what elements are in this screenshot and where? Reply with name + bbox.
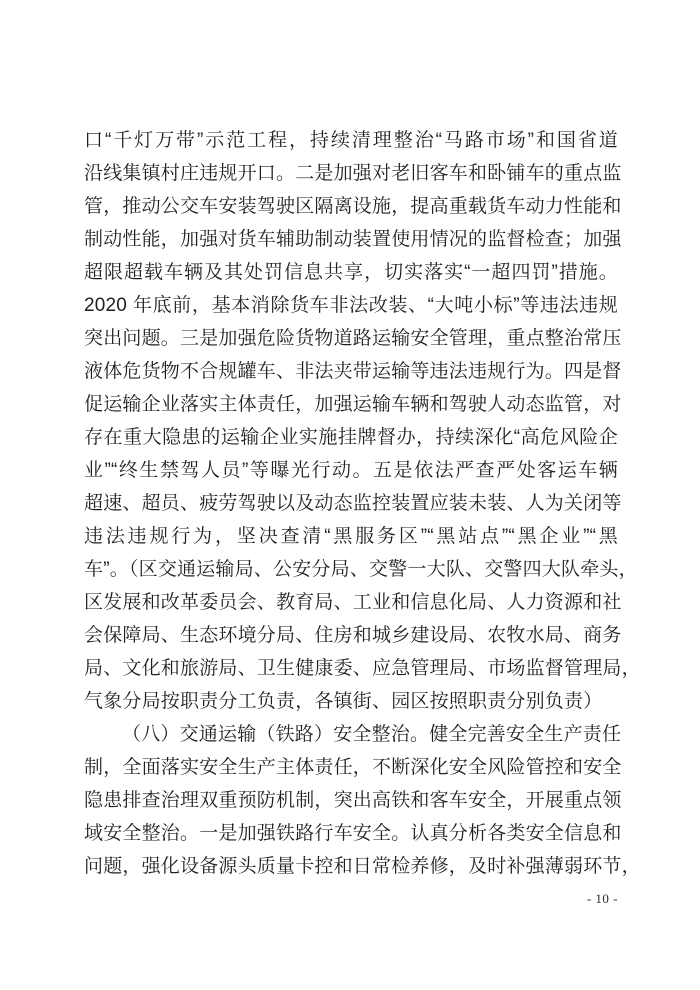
text-block: 口“千灯万带”示范工程，持续清理整治“马路市场”和国省道 沿线集镇村庄违规开口。… [84,124,618,883]
text-line: 业”“终生禁驾人员”等曝光行动。五是依法严查严处客运车辆 [84,454,618,487]
text-line: 促运输企业落实主体责任，加强运输车辆和驾驶人动态监管，对 [84,388,618,421]
text-line: 沿线集镇村庄违规开口。二是加强对老旧客车和卧铺车的重点监 [84,157,618,190]
text-line: 车”。（区交通运输局、公安分局、交警一大队、交警四大队牵头， [84,553,618,586]
text-line: 突出问题。三是加强危险货物道路运输安全管理，重点整治常压 [84,322,618,355]
text-line: 区发展和改革委员会、教育局、工业和信息化局、人力资源和社 [84,586,618,619]
text-line: （八）交通运输（铁路）安全整治。健全完善安全生产责任 [84,718,618,751]
text-line: 超限超载车辆及其处罚信息共享，切实落实“一超四罚”措施。 [84,256,618,289]
document-page: 口“千灯万带”示范工程，持续清理整治“马路市场”和国省道 沿线集镇村庄违规开口。… [0,0,700,990]
text-line: 2020 年底前，基本消除货车非法改装、“大吨小标”等违法违规 [84,289,618,322]
text-line: 制动性能，加强对货车辅助制动装置使用情况的监督检查；加强 [84,223,618,256]
text-line: 制，全面落实安全生产主体责任，不断深化安全风险管控和安全 [84,751,618,784]
text-line: 管，推动公交车安装驾驶区隔离设施，提高重载货车动力性能和 [84,190,618,223]
text-line: 口“千灯万带”示范工程，持续清理整治“马路市场”和国省道 [84,124,618,157]
text-line: 问题，强化设备源头质量卡控和日常检养修，及时补强薄弱环节， [84,850,618,883]
page-number: - 10 - [587,891,618,907]
text-line: 违法违规行为，坚决查清“黑服务区”“黑站点”“黑企业”“黑 [84,520,618,553]
text-line: 隐患排查治理双重预防机制，突出高铁和客车安全，开展重点领 [84,784,618,817]
text-line: 气象分局按职责分工负责，各镇街、园区按照职责分别负责） [84,685,618,718]
text-line: 液体危货物不合规罐车、非法夹带运输等违法违规行为。四是督 [84,355,618,388]
text-line: 存在重大隐患的运输企业实施挂牌督办，持续深化“高危风险企 [84,421,618,454]
text-line: 域安全整治。一是加强铁路行车安全。认真分析各类安全信息和 [84,817,618,850]
text-line: 局、文化和旅游局、卫生健康委、应急管理局、市场监督管理局， [84,652,618,685]
text-line: 超速、超员、疲劳驾驶以及动态监控装置应装未装、人为关闭等 [84,487,618,520]
text-line: 会保障局、生态环境分局、住房和城乡建设局、农牧水局、商务 [84,619,618,652]
